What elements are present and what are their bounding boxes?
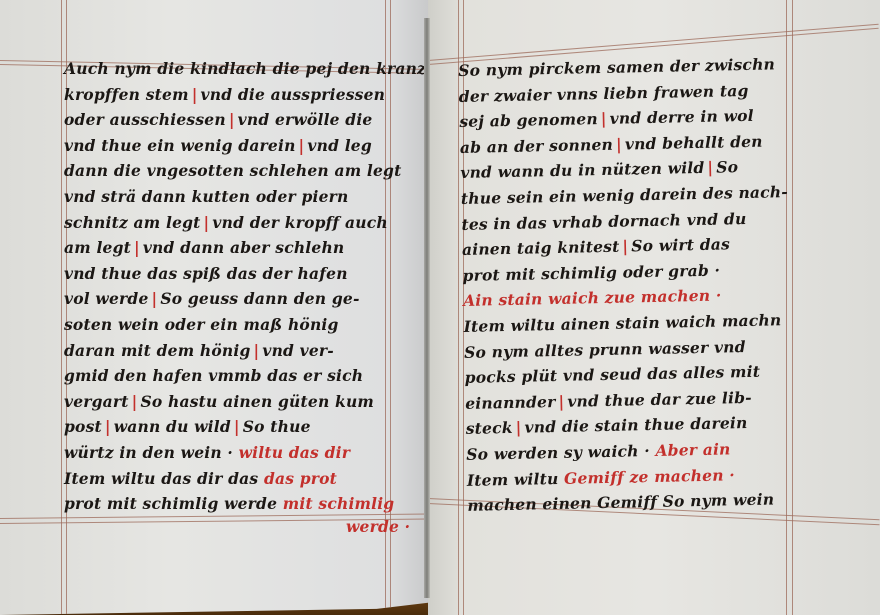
line-text: vnd strä dann kutten oder piern [64, 187, 349, 206]
line-text: gmid den hafen vmmb das er sich [64, 366, 363, 385]
line-text: ab an der sonnen [460, 135, 614, 157]
line-text: So werden sy waich · [466, 441, 650, 464]
line-text: vnd thue das spiß das der hafen [64, 264, 348, 283]
paragraph-mark: | [558, 392, 564, 411]
line-text: post [64, 417, 102, 436]
text-line: vol werde|So geuss dann den ge- [64, 286, 426, 312]
text-line: vnd strä dann kutten oder piern [64, 184, 426, 210]
line-text: schnitz am legt [64, 213, 201, 232]
line-text: ainen taig knitest [462, 237, 620, 259]
paragraph-mark: | [707, 158, 713, 177]
line-text: machen einen Gemiff So nym wein [467, 490, 774, 515]
rubric-text: Ain stain waich zue machen · [463, 286, 722, 310]
line-text: vnd erwölle die [238, 110, 373, 129]
text-line: schnitz am legt|vnd der kropff auch [64, 210, 426, 236]
line-text: vnd wann du in nützen wild [460, 158, 704, 182]
line-text: am legt [64, 238, 131, 257]
line-text: Item wiltu [467, 468, 559, 489]
line-text: Item wiltu ainen stain waich machn [463, 310, 781, 336]
line-text: vnd thue ein wenig darein [64, 136, 296, 155]
rubric-text: wiltu das dir [239, 443, 350, 462]
text-line: post|wann du wild|So thue [64, 414, 426, 440]
paragraph-mark: | [134, 238, 140, 257]
rubric-text: das prot [264, 469, 337, 488]
text-line: vnd thue ein wenig darein|vnd leg [64, 133, 426, 159]
line-text: vnd thue dar zue lib- [567, 388, 752, 411]
ruling-line [792, 0, 793, 615]
line-text: tes in das vrhab dornach vnd du [461, 209, 746, 234]
line-text: pocks plüt vnd seud das alles mit [464, 362, 760, 387]
text-line: würtz in den wein · wiltu das dir [64, 440, 426, 466]
line-text: prot mit schimlig werde [64, 494, 277, 513]
line-text: So geuss dann den ge- [160, 289, 359, 308]
line-text: würtz in den wein · [64, 443, 233, 462]
rubric-text: Gemiff ze machen · [564, 465, 735, 488]
paragraph-mark: | [204, 213, 210, 232]
text-line: vnd thue das spiß das der hafen [64, 261, 426, 287]
paragraph-mark: | [234, 417, 240, 436]
paragraph-mark: | [515, 418, 521, 437]
text-line: vergart|So hastu ainen güten kum [64, 389, 426, 415]
line-text: kropffen stem [64, 85, 189, 104]
line-text: So wirt das [631, 235, 730, 256]
paragraph-mark: | [152, 289, 158, 308]
book-gutter [424, 18, 430, 598]
line-text: vergart [64, 392, 129, 411]
line-text: So nym pirckem samen der zwischn [458, 54, 775, 80]
line-text: vol werde [64, 289, 149, 308]
left-page-text: Auch nym die kindlach die pej den kranz … [64, 56, 426, 537]
rubric-text: werde · [346, 517, 410, 536]
rubric-text: mit schimlig [283, 494, 395, 513]
line-text: daran mit dem hönig [64, 341, 251, 360]
paragraph-mark: | [132, 392, 138, 411]
line-text: vnd dann aber schlehn [143, 238, 345, 257]
line-text: wann du wild [114, 417, 231, 436]
line-text: der zwaier vnns liebn frawen tag [459, 81, 749, 106]
text-line: gmid den hafen vmmb das er sich [64, 363, 426, 389]
text-line: oder ausschiessen|vnd erwölle die [64, 107, 426, 133]
line-text: vnd die ausspriessen [201, 85, 386, 104]
text-line: am legt|vnd dann aber schlehn [64, 235, 426, 261]
line-text: einannder [465, 392, 556, 413]
line-text: steck [466, 418, 513, 438]
text-line: kropffen stem|vnd die ausspriessen [64, 82, 426, 108]
text-line: Auch nym die kindlach die pej den kranz [64, 56, 426, 82]
line-text: vnd die stain thue darein [524, 413, 747, 437]
paragraph-mark: | [254, 341, 260, 360]
line-text: vnd behallt den [625, 131, 763, 153]
line-text: vnd derre in wol [609, 106, 753, 128]
paragraph-mark: | [616, 134, 622, 153]
left-page: Auch nym die kindlach die pej den kranz … [0, 0, 428, 615]
line-text: vnd der kropff auch [212, 213, 387, 232]
right-page: So nym pirckem samen der zwischn der zwa… [428, 0, 880, 615]
line-text: So hastu ainen güten kum [141, 392, 375, 411]
line-text: Item wiltu das dir das [64, 469, 258, 488]
line-text: prot mit schimlig oder grab · [462, 260, 720, 284]
right-page-text: So nym pirckem samen der zwischn der zwa… [458, 51, 795, 518]
text-line: soten wein oder ein maß hönig [64, 312, 426, 338]
paragraph-mark: | [601, 109, 607, 128]
line-text: dann die vngesotten schlehen am legt [64, 161, 401, 180]
text-line: werde · [64, 517, 426, 537]
line-text: vnd ver- [262, 341, 334, 360]
paragraph-mark: | [299, 136, 305, 155]
line-text: oder ausschiessen [64, 110, 226, 129]
paragraph-mark: | [105, 417, 111, 436]
line-text: sej ab genomen [459, 109, 598, 131]
text-line: dann die vngesotten schlehen am legt [64, 158, 426, 184]
rubric-text: Aber ain [655, 439, 730, 460]
line-text: Auch nym die kindlach die pej den kranz [64, 59, 426, 78]
line-text: thue sein ein wenig darein des nach- [461, 182, 788, 208]
line-text: soten wein oder ein maß hönig [64, 315, 339, 334]
line-text: So nym alltes prunn wasser vnd [464, 337, 746, 362]
paragraph-mark: | [229, 110, 235, 129]
line-text: So thue [243, 417, 311, 436]
paragraph-mark: | [192, 85, 198, 104]
text-line: daran mit dem hönig|vnd ver- [64, 338, 426, 364]
line-text: So [716, 158, 738, 177]
text-line: prot mit schimlig werde mit schimlig [64, 491, 426, 517]
line-text: vnd leg [307, 136, 372, 155]
paragraph-mark: | [622, 237, 628, 256]
text-line: Item wiltu das dir das das prot [64, 466, 426, 492]
